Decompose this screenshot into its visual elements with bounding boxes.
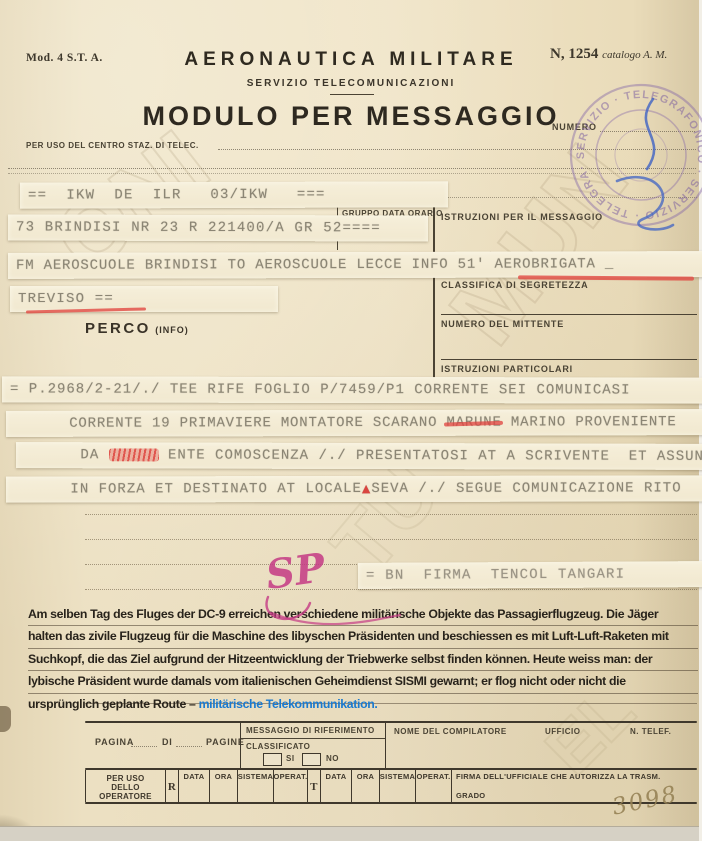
data-cell-tx: DATA [321, 770, 352, 802]
callsign-text: == IKW DE ILR 03/IKW === [28, 187, 326, 204]
no-label: NO [326, 754, 339, 763]
perco-note: (INFO) [155, 325, 189, 335]
operator-use-cell: PER USO DELLO OPERATORE [86, 770, 166, 802]
body-4-text: IN FORZA ET DESTINATO AT LOCALE▲SEVA /./… [14, 464, 682, 513]
checkbox-si [263, 753, 282, 766]
tape-strip-address: FM AEROSCUOLE BRINDISI TO AEROSCUOLE LEC… [8, 251, 702, 279]
telegram-form-scan: ONI MUN TU EL Mod. 4 S.T. A. AERONAUTICA… [0, 0, 702, 841]
caption-last-pre: ursprünglich geplante Route – [28, 697, 199, 711]
operator-table: PER USO DELLO OPERATORE R DATA ORA SISTE… [85, 770, 698, 802]
ora-cell-rx: ORA [210, 770, 238, 802]
caption-last-line: ursprünglich geplante Route – militärisc… [28, 694, 698, 715]
body-2-pre: CORRENTE 19 PRIMAVIERE MONTATORE SCARANO [69, 415, 446, 432]
data-cell-rx: DATA [179, 770, 210, 802]
body-1-text: = P.2968/2-21/./ TEE RIFE FOGLIO P/7459/… [10, 381, 631, 398]
struck-word: MARUNE [446, 415, 501, 431]
si-label: SI [286, 754, 295, 763]
ruled-line [85, 539, 697, 540]
form-model-number: Mod. 4 S.T. A. [26, 52, 103, 64]
footer-top-rule [85, 721, 697, 723]
tx-cell: T [308, 770, 321, 802]
telef-label: N. TELEF. [630, 727, 671, 736]
checkbox-no [302, 753, 321, 766]
ruled-line [85, 514, 697, 515]
mittente-label: NUMERO DEL MITTENTE [441, 319, 564, 329]
particolari-rule [441, 359, 697, 360]
catalog-n: N, 1254 [550, 46, 598, 62]
page-title: MODULO PER MESSAGGIO [120, 101, 582, 132]
pagina-line [131, 746, 157, 747]
tape-strip-callsign: == IKW DE ILR 03/IKW === [20, 181, 448, 208]
ora-cell-tx: ORA [352, 770, 380, 802]
pen-scribble [595, 85, 700, 235]
compilatore-label: NOME DEL COMPILATORE [394, 727, 507, 736]
scanner-bottom-band [0, 826, 702, 841]
di-label: DI [162, 737, 173, 747]
per-uso-line: DELLO [111, 783, 140, 792]
subtitle-rule [330, 94, 374, 95]
rx-cell: R [166, 770, 179, 802]
grado-label: GRADO [456, 791, 485, 802]
center-use-label: PER USO DEL CENTRO STAZ. DI TELEC. [26, 141, 199, 150]
caption-link-text: militärische Telekommunikation. [199, 697, 378, 711]
tape-strip-body-4: IN FORZA ET DESTINATO AT LOCALE▲SEVA /./… [6, 475, 702, 502]
body-4-pre: IN FORZA ET DESTINATO AT LOCALE [70, 481, 361, 498]
per-uso-line: PER USO [106, 774, 144, 783]
per-uso-line: OPERATORE [99, 792, 152, 801]
classifica-label: CLASSIFICA DI SEGRETEZZA [441, 280, 588, 290]
operat-cell-tx: OPERAT. [416, 770, 452, 802]
catalog-number: N, 1254 catalogo A. M. [550, 46, 667, 63]
footer-bottom-rule [85, 802, 697, 804]
organization-title: AERONAUTICA MILITARE [160, 49, 542, 71]
particolari-label: ISTRUZIONI PARTICOLARI [441, 364, 573, 374]
perco-text: PERCO [85, 320, 151, 337]
sistema-cell-tx: SISTEMA [380, 770, 416, 802]
caption-line: lybische Präsident wurde damals vom ital… [28, 671, 698, 693]
left-edge-stain [0, 706, 11, 732]
body-3-post: ENTE COMOSCENZA /./ PRESENTATOSI AT A SC… [159, 447, 702, 464]
preamble-text: 73 BRINDISI NR 23 R 221400/A GR 52==== [16, 219, 381, 236]
column-divider [433, 205, 435, 378]
treviso-text: TREVISO == [18, 291, 114, 307]
red-insert-caret: ▲ [362, 482, 371, 495]
pagine-label: PAGINE [206, 737, 245, 747]
ufficio-label: UFFICIO [545, 727, 581, 736]
firma-label: FIRMA DELL'UFFICIALE CHE AUTORIZZA LA TR… [456, 772, 661, 781]
caption-line: Suchkopf, die das Ziel aufgrund der Hitz… [28, 649, 698, 671]
riferimento-label: MESSAGGIO DI RIFERIMENTO [241, 723, 385, 735]
catalog-note: catalogo A. M. [602, 49, 667, 61]
body-4-post: SEVA /./ SEGUE COMUNICAZIONE RITO [371, 480, 681, 497]
sp-flourish [250, 555, 420, 635]
service-subtitle: SERVIZIO TELECOMUNICAZIONI [160, 78, 542, 89]
pagina-label: PAGINA [95, 737, 134, 747]
classificato-label: CLASSIFICATO [241, 739, 385, 751]
mittente-rule [441, 314, 697, 315]
pagine-line [176, 746, 202, 747]
tape-strip-preamble: 73 BRINDISI NR 23 R 221400/A GR 52==== [8, 214, 428, 241]
sistema-cell-rx: SISTEMA [238, 770, 274, 802]
address-text: FM AEROSCUOLE BRINDISI TO AEROSCUOLE LEC… [16, 256, 614, 274]
body-3-pre: DA [80, 447, 108, 463]
perco-stamp: PERCO (INFO) [85, 320, 189, 338]
operat-cell-rx: OPERAT. [274, 770, 308, 802]
body-2-post: MARINO PROVENIENTE [502, 414, 677, 430]
red-scribble-redaction [109, 448, 159, 461]
